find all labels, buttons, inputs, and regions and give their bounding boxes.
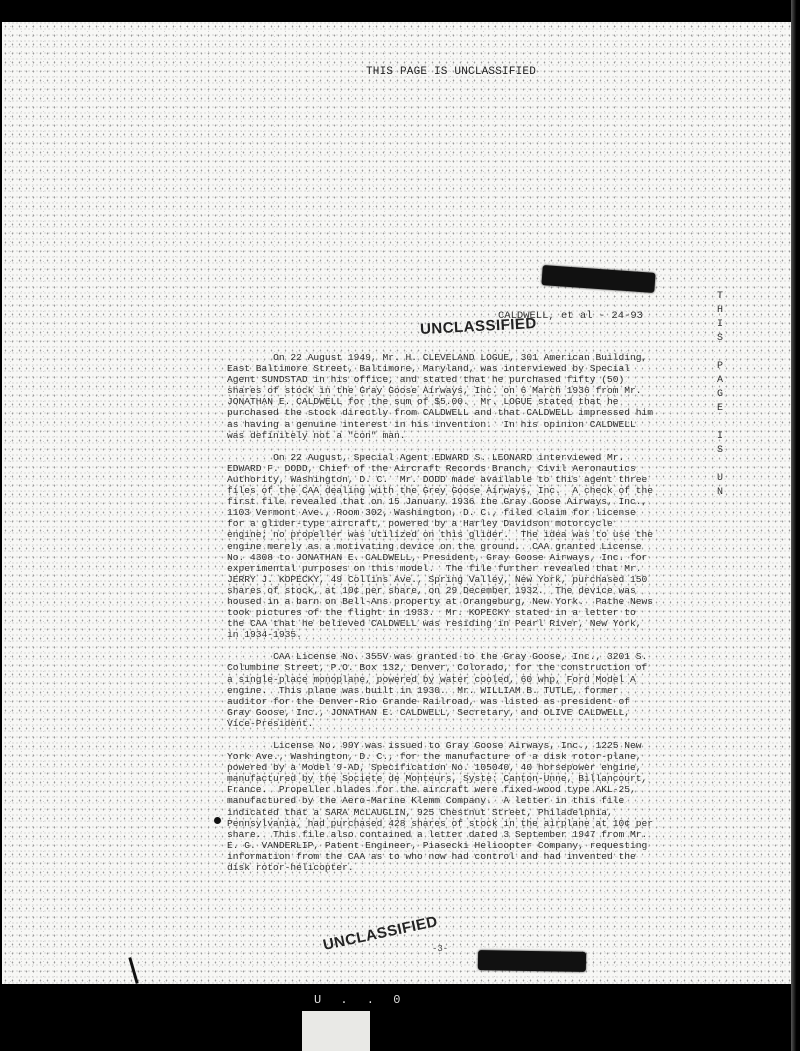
redaction-block-bottom: [478, 950, 586, 972]
ink-mark: [214, 817, 221, 824]
margin-letter: G: [713, 388, 727, 402]
margin-letter: [713, 458, 727, 472]
margin-letter: E: [713, 402, 727, 416]
margin-letter: I: [713, 318, 727, 332]
paragraph-license-99y: License No. 99Y was issued to Gray Goose…: [227, 740, 657, 873]
margin-letter: N: [713, 486, 727, 500]
margin-letter: S: [713, 444, 727, 458]
microfilm-frame-tab: [302, 1011, 370, 1051]
scan-right-border: [791, 0, 800, 1051]
scan-top-border: [0, 0, 800, 22]
margin-letter: S: [713, 332, 727, 346]
margin-letter: T: [713, 290, 727, 304]
paragraph-dodd-interview: On 22 August, Special Agent EDWARD S. LE…: [227, 452, 657, 641]
document-body: On 22 August 1949, Mr. H. CLEVELAND LOGU…: [227, 352, 657, 884]
page-number: -3-: [432, 944, 448, 954]
margin-letter: [713, 346, 727, 360]
margin-letter: A: [713, 374, 727, 388]
classification-banner: THIS PAGE IS UNCLASSIFIED: [366, 66, 536, 78]
paragraph-license-355v: CAA License No. 355V was granted to the …: [227, 651, 657, 729]
margin-classification-stamp: T H I S P A G E I S U N: [713, 290, 727, 500]
margin-letter: [713, 416, 727, 430]
microfilm-frame-label: U . . 0: [314, 993, 406, 1007]
margin-letter: H: [713, 304, 727, 318]
margin-letter: P: [713, 360, 727, 374]
paragraph-logue-interview: On 22 August 1949, Mr. H. CLEVELAND LOGU…: [227, 352, 657, 441]
margin-letter: U: [713, 472, 727, 486]
margin-letter: I: [713, 430, 727, 444]
